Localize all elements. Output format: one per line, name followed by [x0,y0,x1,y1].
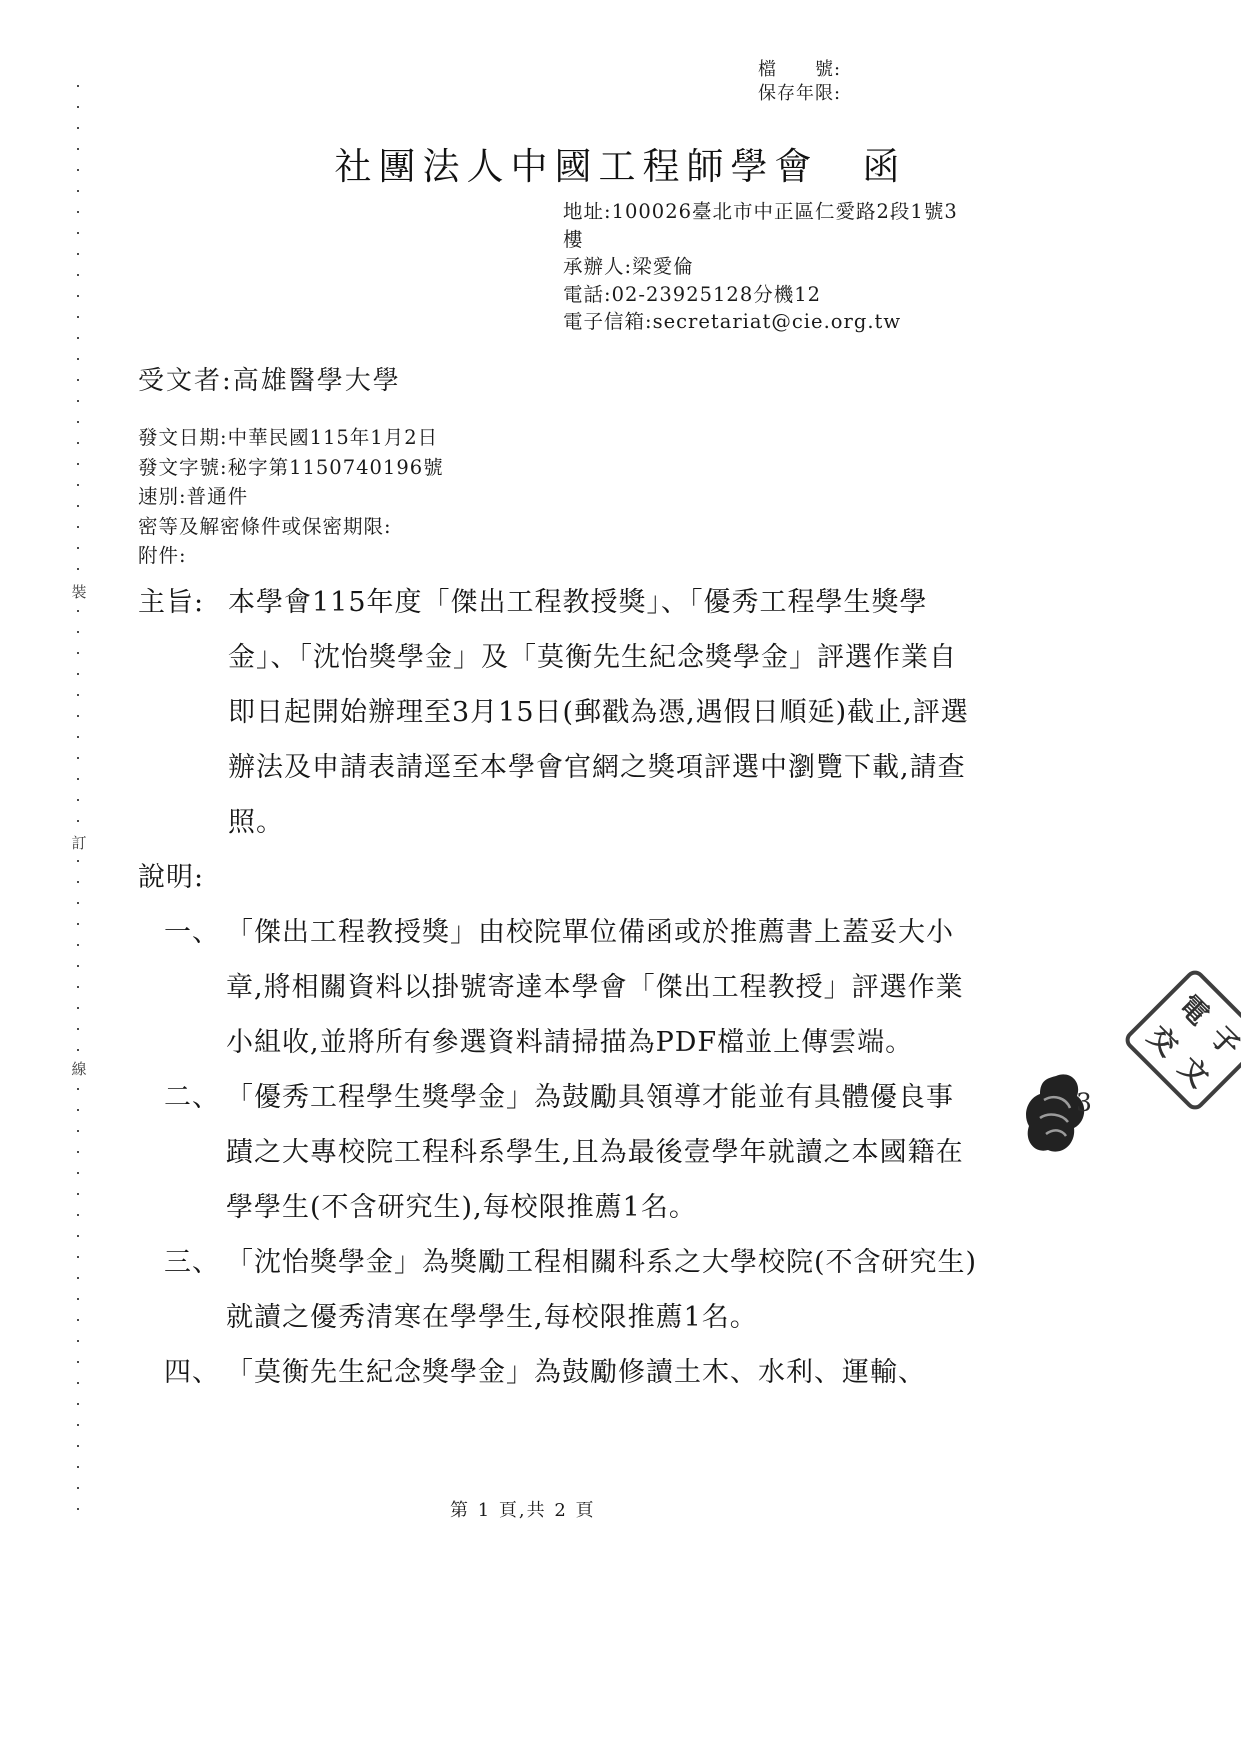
attachment-line: 附件: [138,541,758,571]
seal-stamp [1026,1072,1088,1162]
item-number: 四、 [164,1345,226,1400]
sender-email: 電子信箱:secretariat@cie.org.tw [563,308,975,336]
file-info-block: 檔 號: 保存年限: [758,58,841,106]
document-body: 主旨: 本學會115年度「傑出工程教授獎」、「優秀工程學生獎學金」、「沈怡獎學金… [138,575,981,1400]
security-class-line: 密等及解密條件或保密期限: [138,512,758,542]
binding-mark-ding: 訂 [69,832,89,853]
doc-number-line: 發文字號:秘字第1150740196號 [138,453,758,483]
item-number: 三、 [164,1235,226,1345]
subject-label: 主旨: [138,575,228,850]
item-text: 「傑出工程教授獎」由校院單位備函或於推薦書上蓋妥大小章,將相關資料以掛號寄達本學… [226,905,981,1070]
binding-dotted-line [77,860,79,1054]
subject-row: 主旨: 本學會115年度「傑出工程教授獎」、「優秀工程學生獎學金」、「沈怡獎學金… [138,575,981,850]
binding-dotted-line [77,85,79,577]
retention-period-label: 保存年限: [758,82,841,106]
explanation-item-3: 三、 「沈怡獎學金」為獎勵工程相關科系之大學校院(不含研究生)就讀之優秀清寒在學… [164,1235,981,1345]
item-text: 「莫衡先生紀念獎學金」為鼓勵修讀土木、水利、運輸、 [226,1345,981,1400]
explanation-label: 說明: [138,850,981,905]
document-title: 社團法人中國工程師學會 函 [0,136,1241,190]
sender-phone: 電話:02-23925128分機12 [563,281,975,309]
speed-class-line: 速別:普通件 [138,482,758,512]
binding-dotted-line [77,610,79,828]
document-meta-block: 發文日期:中華民國115年1月2日 發文字號:秘字第1150740196號 速別… [138,423,758,571]
issue-date-line: 發文日期:中華民國115年1月2日 [138,423,758,453]
sender-address: 地址:100026臺北市中正區仁愛路2段1號3樓 [563,198,975,253]
sender-contact-person: 承辦人:梁愛倫 [563,253,975,281]
item-text: 「沈怡獎學金」為獎勵工程相關科系之大學校院(不含研究生)就讀之優秀清寒在學學生,… [226,1235,981,1345]
explanation-item-2: 二、 「優秀工程學生獎學金」為鼓勵具領導才能並有具體優良事蹟之大專校院工程科系學… [164,1070,981,1235]
recipient-line: 受文者:高雄醫學大學 [138,360,401,397]
binding-dotted-line [77,1088,79,1525]
item-number: 二、 [164,1070,226,1235]
binding-mark-xian: 線 [69,1058,89,1079]
seal-number: 3 [1076,1088,1092,1117]
sender-info-block: 地址:100026臺北市中正區仁愛路2段1號3樓 承辦人:梁愛倫 電話:02-2… [563,198,975,336]
explanation-item-4: 四、 「莫衡先生紀念獎學金」為鼓勵修讀土木、水利、運輸、 [164,1345,981,1400]
file-number-label: 檔 號: [758,58,841,82]
electronic-exchange-stamp: 電 子 交 文 [1121,966,1241,1113]
binding-mark-zhuang: 裝 [69,581,89,602]
item-text: 「優秀工程學生獎學金」為鼓勵具領導才能並有具體優良事蹟之大專校院工程科系學生,且… [226,1070,981,1235]
page-footer: 第 1 頁,共 2 頁 [450,1496,596,1522]
item-number: 一、 [164,905,226,1070]
subject-text: 本學會115年度「傑出工程教授獎」、「優秀工程學生獎學金」、「沈怡獎學金」及「莫… [228,575,981,850]
explanation-item-1: 一、 「傑出工程教授獎」由校院單位備函或於推薦書上蓋妥大小章,將相關資料以掛號寄… [164,905,981,1070]
